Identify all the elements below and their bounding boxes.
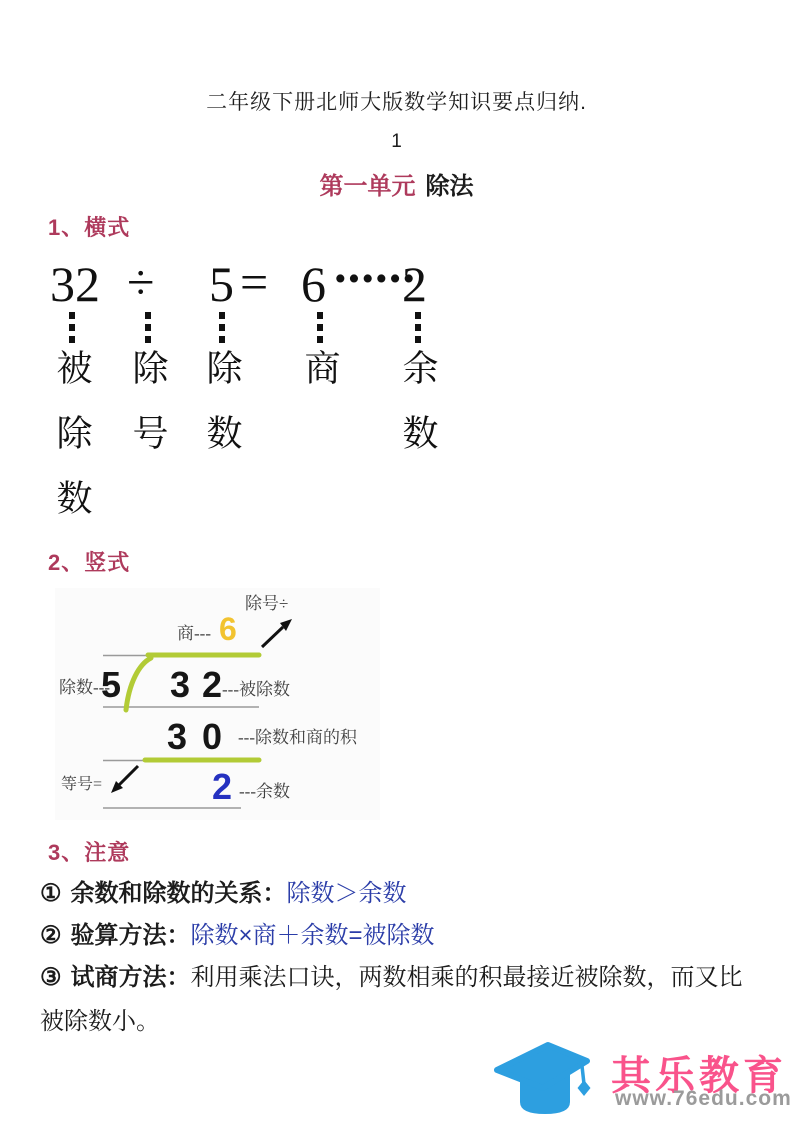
diagram-caption-dividend: ---被除数 xyxy=(222,681,290,698)
unit-name: 第一单元 xyxy=(320,173,416,200)
note-label: 余数和除数的关系： xyxy=(71,880,287,907)
diagram-caption-product: ---除数和商的积 xyxy=(238,729,357,746)
dotted-pointer-remainder xyxy=(415,312,421,348)
section-heading-horizontal-form: 1、横式 xyxy=(48,211,130,242)
unit-heading: 第一单元除法 xyxy=(0,166,793,201)
section-heading-vertical-form: 2、竖式 xyxy=(48,546,130,577)
expression-dividend: 32 xyxy=(50,259,100,309)
diagram-caption-equals-sign: 等号= xyxy=(61,777,102,793)
note-content: 除数＞余数 xyxy=(287,880,407,907)
expression-remainder: 2 xyxy=(402,259,427,309)
label-divisor: 除数 xyxy=(204,349,240,479)
note-label: 验算方法： xyxy=(71,922,191,949)
diagram-remainder-digit: 2 xyxy=(212,769,232,805)
note-bullet: ② xyxy=(40,922,62,949)
label-remainder: 余数 xyxy=(400,349,436,479)
note-label: 试商方法： xyxy=(71,964,191,991)
graduation-cap-icon xyxy=(492,1038,592,1120)
section-heading-notes: 3、注意 xyxy=(48,836,130,867)
dotted-pointer-divide-sign xyxy=(145,312,151,348)
expression-equals-sign: = xyxy=(240,257,268,307)
diagram-quotient-digit: 6 xyxy=(219,613,237,645)
label-dividend: 被除数 xyxy=(54,349,90,544)
note-bullet: ① xyxy=(40,880,62,907)
diagram-caption-remainder: ---余数 xyxy=(239,783,290,800)
note-remainder-divisor-relation: ①余数和除数的关系：除数＞余数 xyxy=(40,872,756,916)
diagram-divisor-digit: 5 xyxy=(101,667,121,703)
note-bullet: ③ xyxy=(40,964,62,991)
expression-divisor: 5 xyxy=(209,259,234,309)
page-title: 二年级下册北师大版数学知识要点归纳. xyxy=(0,86,793,116)
label-quotient: 商 xyxy=(302,349,338,414)
brand-url: www.76edu.com xyxy=(615,1087,792,1111)
note-content: 除数×商＋余数=被除数 xyxy=(191,922,435,949)
expression-divide-sign: ÷ xyxy=(127,257,154,307)
document-page: 二年级下册北师大版数学知识要点归纳. 1 第一单元除法 1、横式 32 ÷ 5 … xyxy=(0,0,793,1122)
expression-quotient: 6 xyxy=(301,259,326,309)
note-trial-quotient-method: ③试商方法：利用乘法口诀，两数相乘的积最接近被除数，而又比被除数小。 xyxy=(40,956,756,1044)
dotted-pointer-divisor xyxy=(219,312,225,348)
diagram-product-tens-digit: 3 xyxy=(167,719,187,755)
diagram-caption-divide-sign: 除号÷ xyxy=(245,595,288,612)
long-division-diagram: 除号÷ 商--- 6 除数--- 5 3 2 ---被除数 3 0 ---除数和… xyxy=(55,588,380,820)
unit-topic: 除法 xyxy=(426,173,474,200)
label-divide-sign: 除号 xyxy=(130,349,166,479)
page-number: 1 xyxy=(0,131,793,153)
dotted-pointer-quotient xyxy=(317,312,323,348)
diagram-product-ones-digit: 0 xyxy=(202,719,222,755)
note-check-method: ②验算方法：除数×商＋余数=被除数 xyxy=(40,914,756,958)
dotted-pointer-dividend xyxy=(69,312,75,348)
diagram-dividend-tens-digit: 3 xyxy=(170,667,190,703)
diagram-dividend-ones-digit: 2 xyxy=(202,667,222,703)
diagram-caption-quotient: 商--- xyxy=(177,625,211,642)
